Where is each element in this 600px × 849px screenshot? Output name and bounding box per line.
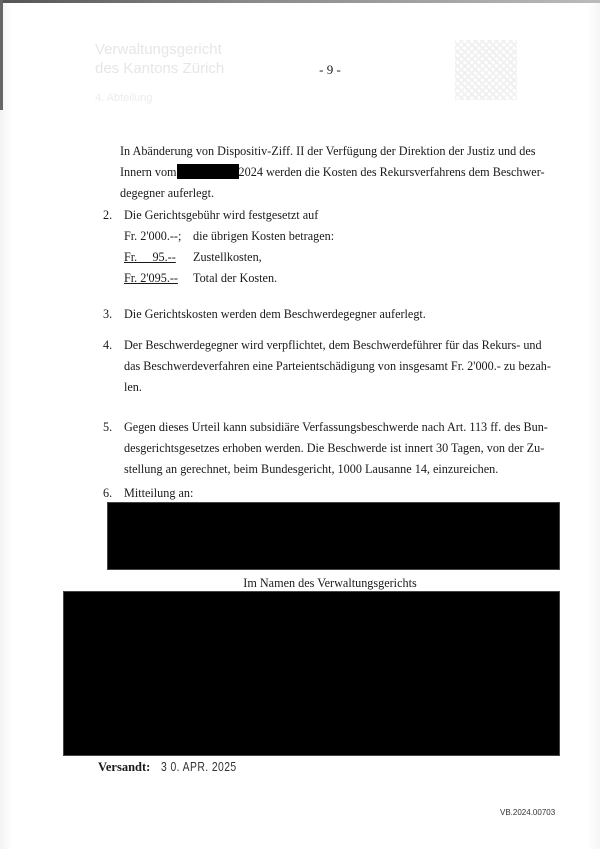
cost-amount-wrap: Fr. 2'095.-- bbox=[124, 268, 193, 289]
item-5-line: stellung an gerechnet, beim Bundesgerich… bbox=[124, 459, 564, 480]
cost-amount-wrap: Fr. 95.-- bbox=[124, 247, 193, 268]
cost-row-total: Fr. 2'095.--Total der Kosten. bbox=[124, 268, 277, 289]
item-number: 6. bbox=[103, 483, 112, 504]
page-number: - 9 - bbox=[0, 62, 600, 78]
item-number: 3. bbox=[103, 304, 112, 325]
scan-edge-left bbox=[0, 0, 3, 110]
cost-amount: Fr. 2'095.-- bbox=[124, 271, 178, 285]
versandt-label: Versandt: bbox=[98, 760, 150, 775]
item-number: 2. bbox=[103, 205, 112, 226]
cost-label: die übrigen Kosten betragen: bbox=[193, 229, 334, 243]
court-signature-line: Im Namen des Verwaltungsgerichts bbox=[0, 576, 600, 591]
item-3-text: Die Gerichtskosten werden dem Beschwerde… bbox=[124, 304, 426, 325]
case-reference: VB.2024.00703 bbox=[500, 808, 555, 817]
item-6-text: Mitteilung an: bbox=[124, 483, 193, 504]
intro-paragraph: In Abänderung von Dispositiv-Ziff. II de… bbox=[120, 141, 560, 204]
cost-amount: Fr. 95.-- bbox=[124, 250, 176, 264]
letterhead-line: Verwaltungsgericht bbox=[95, 40, 224, 59]
scan-edge-top bbox=[0, 0, 600, 3]
cost-amount: Fr. 2'000.--; bbox=[124, 226, 193, 247]
cost-row-delivery: Fr. 95.--Zustellkosten, bbox=[124, 247, 262, 268]
redacted-signatures bbox=[63, 591, 560, 756]
intro-line-suffix: 2024 werden die Kosten des Rekursverfahr… bbox=[239, 165, 545, 179]
item-number: 5. bbox=[103, 417, 112, 438]
item-5-line: Gegen dieses Urteil kann subsidiäre Verf… bbox=[124, 417, 564, 438]
item-number: 4. bbox=[103, 335, 112, 356]
item-5-text: Gegen dieses Urteil kann subsidiäre Verf… bbox=[124, 417, 564, 480]
item-4-line: Der Beschwerdegegner wird verpflichtet, … bbox=[124, 335, 564, 356]
item-4-line: len. bbox=[124, 377, 564, 398]
item-5-line: desgerichtsgesetzes erhoben werden. Die … bbox=[124, 438, 564, 459]
redacted-recipients bbox=[107, 502, 560, 570]
intro-line: Innern vom2024 werden die Kosten des Rek… bbox=[120, 162, 560, 183]
redacted-date bbox=[177, 164, 239, 179]
cost-label: Total der Kosten. bbox=[193, 271, 277, 285]
item-2-text: Die Gerichtsgebühr wird festgesetzt auf bbox=[124, 205, 318, 226]
item-4-line: das Beschwerdeverfahren eine Parteientsc… bbox=[124, 356, 564, 377]
dispatch-date-stamp: 3 0. APR. 2025 bbox=[161, 759, 237, 774]
intro-line: In Abänderung von Dispositiv-Ziff. II de… bbox=[120, 141, 560, 162]
intro-line: degegner auferlegt. bbox=[120, 183, 560, 204]
bleed-through-department: 4. Abteilung bbox=[95, 92, 153, 104]
item-4-text: Der Beschwerdegegner wird verpflichtet, … bbox=[124, 335, 564, 398]
document-page: Verwaltungsgericht des Kantons Zürich 4.… bbox=[0, 0, 600, 849]
cost-row-fee: Fr. 2'000.--;die übrigen Kosten betragen… bbox=[124, 226, 334, 247]
intro-line-prefix: Innern vom bbox=[120, 165, 177, 179]
cost-label: Zustellkosten, bbox=[193, 250, 262, 264]
